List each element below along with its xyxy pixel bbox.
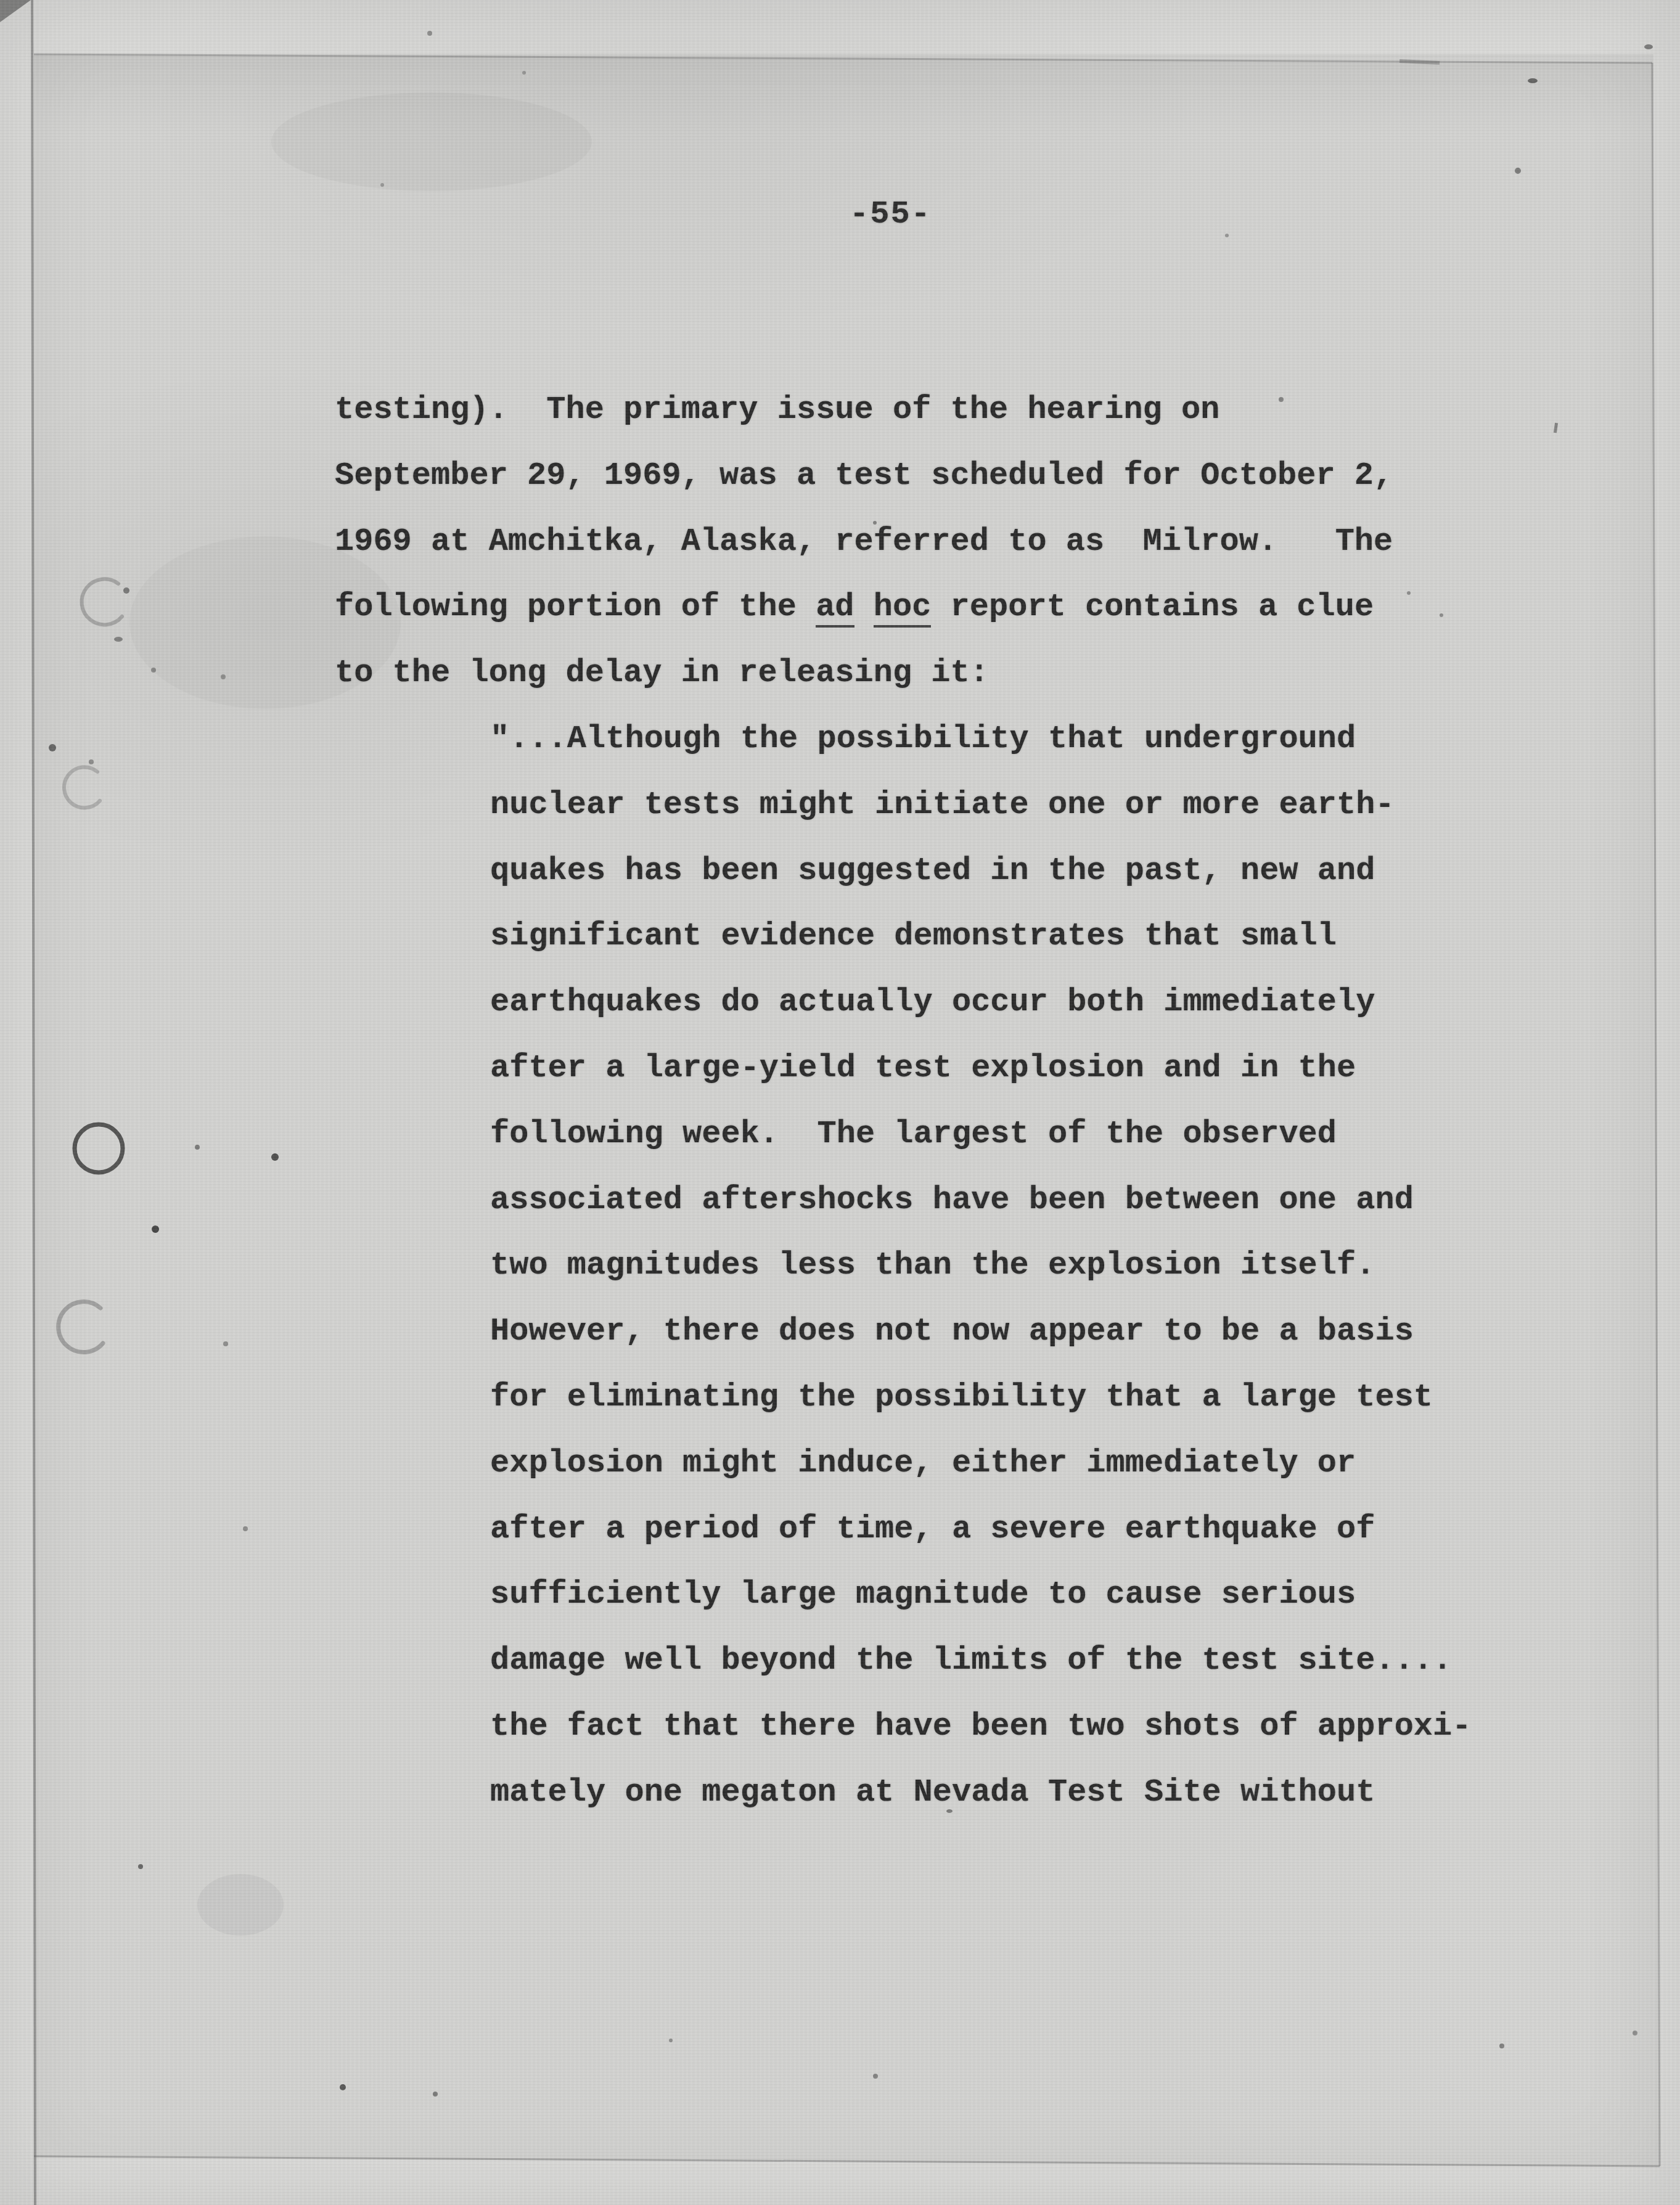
document-text: testing). The primary issue of the heari… [335,377,1471,1826]
ad-hoc-before: following portion of the [335,589,816,625]
quote-line: explosion might induce, either immediate… [490,1431,1471,1497]
paragraph-line: testing). The primary issue of the heari… [335,377,1471,443]
ad-hoc-after: report contains a clue [931,589,1374,625]
smudge [197,1874,284,1936]
paragraph-line-ad-hoc: following portion of the ad hoc report c… [335,575,1471,640]
quote-line: earthquakes do actually occur both immed… [490,970,1471,1036]
paragraph-line: 1969 at Amchitka, Alaska, referred to as… [335,509,1471,575]
paragraph-line: to the long delay in releasing it: [335,640,1471,706]
scan-corner-shadow [0,0,31,22]
quote-line: However, there does not now appear to be… [490,1299,1471,1365]
quote-line: quakes has been suggested in the past, n… [490,838,1471,904]
ad-hoc-between [854,589,874,625]
ad-underlined: ad [816,589,854,628]
quote-line: associated aftershocks have been between… [490,1168,1471,1233]
scanned-document-page: -55- testing). The primary issue of the … [0,0,1680,2205]
page-number: -55- [850,196,932,232]
block-quote: "...Although the possibility that underg… [335,706,1471,1826]
quote-line: the fact that there have been two shots … [490,1694,1471,1760]
quote-line: damage well beyond the limits of the tes… [490,1628,1471,1694]
quote-line: following week. The largest of the obser… [490,1102,1471,1168]
sheet-top-shading [34,54,1653,134]
hoc-underlined: hoc [874,589,932,628]
quote-line: two magnitudes less than the explosion i… [490,1233,1471,1299]
quote-line: for eliminating the possibility that a l… [490,1365,1471,1431]
quote-line: significant evidence demonstrates that s… [490,904,1471,970]
quote-line: sufficiently large magnitude to cause se… [490,1562,1471,1628]
quote-line: "...Although the possibility that underg… [490,706,1471,772]
quote-line: after a large-yield test explosion and i… [490,1036,1471,1102]
quote-line: nuclear tests might initiate one or more… [490,772,1471,838]
quote-line: mately one megaton at Nevada Test Site w… [490,1760,1471,1826]
paragraph-line: September 29, 1969, was a test scheduled… [335,443,1471,509]
quote-line: after a period of time, a severe earthqu… [490,1497,1471,1563]
